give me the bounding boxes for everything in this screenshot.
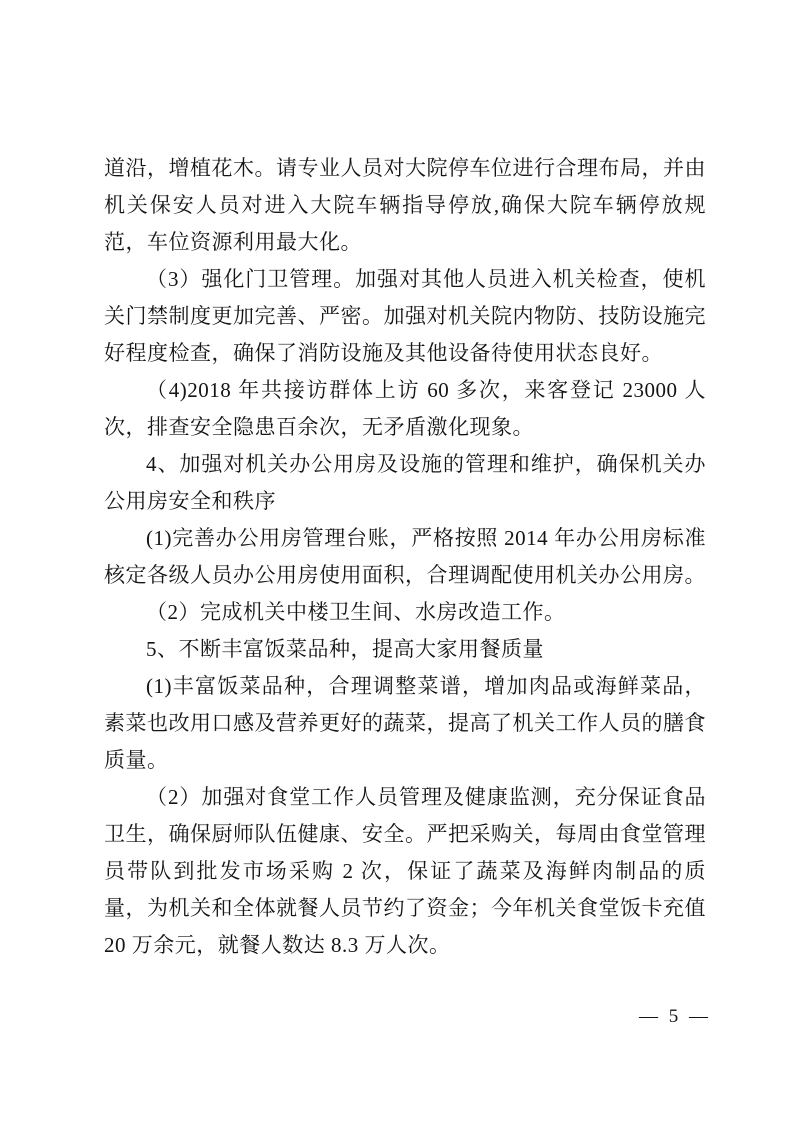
paragraph-item-1b: (1)丰富饭菜品种，合理调整菜谱，增加肉品或海鲜菜品，素菜也改用口感及营养更好的…: [104, 668, 706, 779]
paragraph-item-3: （3）强化门卫管理。加强对其他人员进入机关检查，使机关门禁制度更加完善、严密。加…: [104, 261, 706, 372]
paragraph-item-2b: （2）加强对食堂工作人员管理及健康监测，充分保证食品卫生，确保厨师队伍健康、安全…: [104, 779, 706, 964]
page-number: — 5 —: [639, 1006, 711, 1028]
paragraph-continuation: 道沿，增植花木。请专业人员对大院停车位进行合理布局，并由机关保安人员对进入大院车…: [104, 150, 706, 261]
document-page: 道沿，增植花木。请专业人员对大院停车位进行合理布局，并由机关保安人员对进入大院车…: [0, 0, 793, 1122]
paragraph-item-1: (1)完善办公用房管理台账，严格按照 2014 年办公用房标准核定各级人员办公用…: [104, 520, 706, 594]
document-body: 道沿，增植花木。请专业人员对大院停车位进行合理布局，并由机关保安人员对进入大院车…: [104, 150, 706, 964]
paragraph-heading-5: 5、不断丰富饭菜品种，提高大家用餐质量: [104, 631, 706, 668]
paragraph-item-4: （4)2018 年共接访群体上访 60 多次，来客登记 23000 人次，排查安…: [104, 372, 706, 446]
paragraph-heading-4: 4、加强对机关办公用房及设施的管理和维护，确保机关办公用房安全和秩序: [104, 446, 706, 520]
paragraph-item-2: （2）完成机关中楼卫生间、水房改造工作。: [104, 594, 706, 631]
